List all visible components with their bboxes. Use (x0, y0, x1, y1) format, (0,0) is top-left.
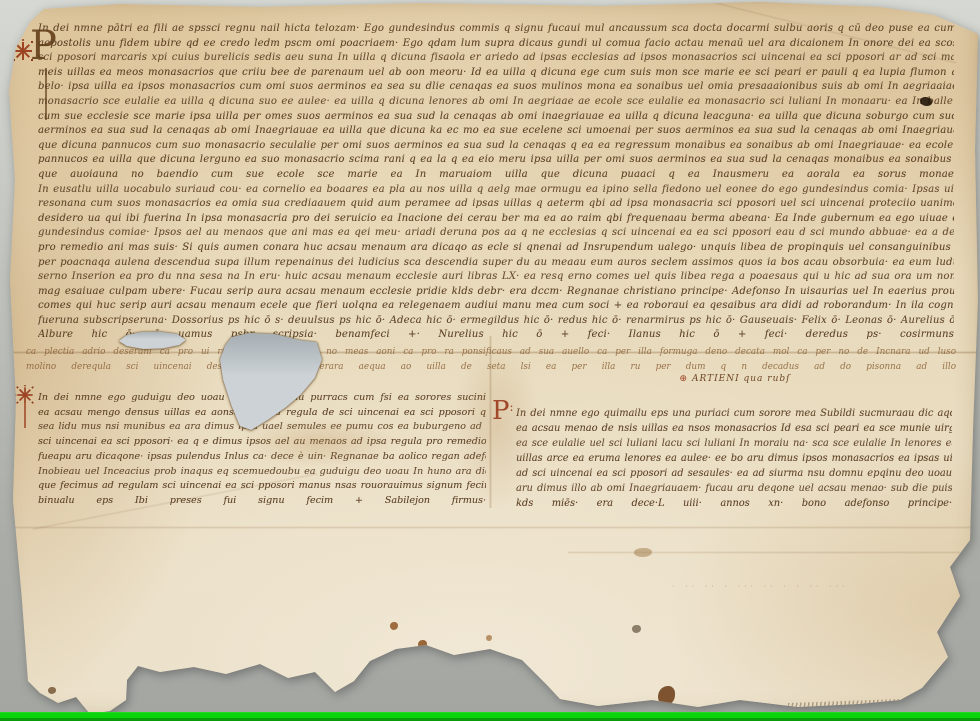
text-line: que auoiauna no baendio cum sue ecole sc… (38, 168, 954, 183)
text-line: molino derequla sci uincenai desetaoli· … (26, 360, 956, 375)
text-line: pro remedio ani mas suis· Si quis aumen … (38, 241, 954, 256)
text-line: fueruna subscripseruna· Dossorius ps hic… (38, 314, 954, 329)
text-line: binualu eps Ibi preses fui signu fecim +… (38, 494, 486, 509)
text-line: resonana cum suos monasacrios ea omia su… (38, 197, 954, 212)
initial-dots: : (510, 400, 514, 414)
initial-stem (24, 402, 26, 428)
text-line: sci pposori marcaris xpi cuius burelicis… (38, 51, 954, 66)
faded-erased-line: · ·· ·· · ··· ·· · · ·· ··· (672, 582, 849, 591)
ornament-star-icon (17, 387, 32, 402)
ornament-initial (16, 386, 36, 432)
main-text-block: In dei nmne pātri ea fili ae spssci regn… (38, 22, 954, 343)
rubric-initial: P: (492, 400, 514, 423)
stain (48, 687, 56, 694)
stain (418, 640, 427, 649)
stain (410, 658, 416, 664)
stain (486, 635, 492, 641)
text-line: ea acsau menao de nsis uillas ea nsos mo… (516, 421, 952, 436)
text-line: gundesindus comiae· Ipsos ael au menaos … (38, 226, 954, 241)
chrismon-symbol-icon: ⊕ (680, 374, 689, 384)
stain (658, 686, 675, 705)
pencil-number: 390 (307, 684, 328, 699)
subscription-text: ARTIENI qua rubſ (692, 374, 791, 384)
parchment-sheet: P In dei nmne pātri ea fili ae spssci re… (0, 0, 980, 721)
stain (632, 625, 641, 633)
photo-backdrop: P In dei nmne pātri ea fili ae spssci re… (0, 0, 980, 721)
initial-letter: P (492, 400, 510, 423)
text-line: In eusatlu uilla uocabulo suriaud cou· e… (38, 183, 954, 198)
text-line: uillas arce ea eruma lenores ea aulee· e… (516, 451, 952, 466)
text-line: monasacrio sce eulalie ea uilla q dicuna… (38, 95, 954, 110)
text-line: belo· ipsa uilla ea ipsos monasacrios cu… (38, 80, 954, 95)
horizontal-fold-crease (0, 526, 980, 529)
text-line: mag esaiuae culpam ubere· Fucau serip au… (38, 285, 954, 300)
parchment-surface: P In dei nmne pātri ea fili ae spssci re… (0, 0, 980, 721)
faded-ink-annotation (788, 699, 900, 709)
text-line: desidero ua qui ibi fuerina In ipsa mona… (38, 212, 954, 227)
text-line: kds miēs· era dece·L uiii· annos xn· bon… (516, 496, 952, 511)
stain (390, 622, 398, 630)
text-line: aru dimus illo ab omi Inaegriauaem· fuca… (516, 481, 952, 496)
parchment-hole-large (219, 330, 323, 432)
text-line: sci uincenai ea sci pposori· ea q e dimu… (38, 435, 486, 450)
horizontal-fold-crease (568, 551, 980, 554)
text-line: serno Inserion ea pro du nna sesa na In … (38, 270, 954, 285)
text-line: pannucos ea uilla que dicuna lerguno ea … (38, 153, 954, 168)
parchment-hole-small (116, 330, 188, 350)
stain (496, 653, 501, 658)
scan-bar (0, 712, 980, 721)
text-line: Inobieau uel Inceacius prob inaqus eq sc… (38, 465, 486, 480)
text-line: per poacnaqa aulena descendua supa illum… (38, 256, 954, 271)
notary-subscription: ⊕ ARTIENI qua rubſ (630, 374, 840, 384)
text-line: In dei nmne ego quimailu eps una puriaci… (516, 406, 952, 421)
text-line: aepostolis unu fidem ubire qd ee credo l… (38, 37, 954, 52)
text-line: aerminos ea sua sud la cenaqas ab omi In… (38, 124, 954, 139)
right-paragraph: In dei nmne ego quimailu eps una puriaci… (516, 406, 952, 511)
text-line: ad sci uincenai ea sci pposori ad sesaul… (516, 466, 952, 481)
text-line: comes qui huc serip auri acsau menaum ec… (38, 299, 954, 314)
text-line: fueapu aru dicaqone· ipsas pulendus Inlu… (38, 450, 486, 465)
text-line: que dicuna pannucos cum suo monasacrio s… (38, 139, 954, 154)
text-line: In dei nmne pātri ea fili ae spssci regn… (38, 22, 954, 37)
text-line: ea sce eulalie uel sci luliani lacu sci … (516, 436, 952, 451)
text-line: cum sue ecclesie sce marie ipsa uilla pe… (38, 110, 954, 125)
text-line: que fecimus ad regulam sci uincenai ea s… (38, 479, 486, 494)
stain (634, 548, 652, 557)
text-line: meis uillas ea meos monasacrios que crii… (38, 66, 954, 81)
